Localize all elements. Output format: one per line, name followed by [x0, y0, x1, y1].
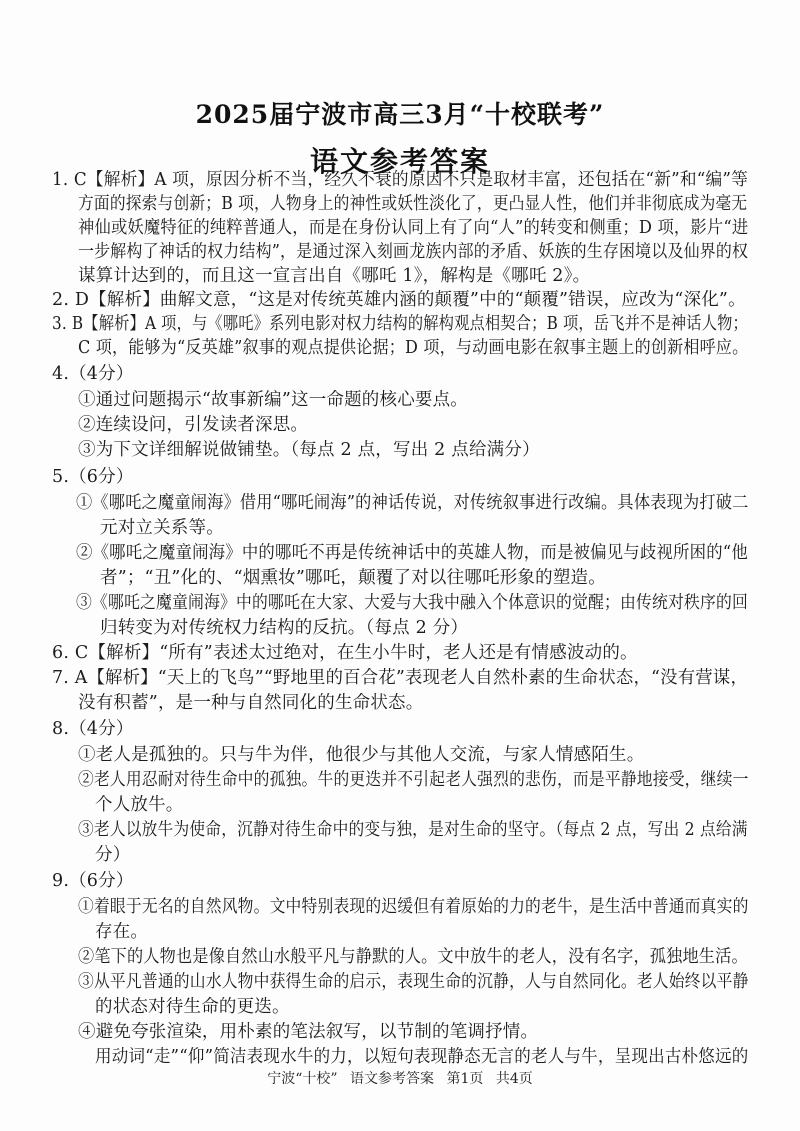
- text-line: 归转变为对传统权力结构的反抗。（每点 2 分）: [100, 617, 468, 639]
- text-line: ②连续设问，引发读者深思。: [78, 414, 308, 436]
- text-line: 存在。: [95, 921, 148, 943]
- text-line: 的状态对待生命的更迭。: [95, 996, 290, 1018]
- text-line: 2. D【解析】曲解文意，“这是对传统英雄内涵的颠覆”中的“颠覆”错误，应改为“…: [52, 289, 746, 311]
- text-line: 5.（6分）: [52, 466, 134, 488]
- text-line: 分）: [95, 844, 130, 866]
- text-line: ③老人以放牛为使命，沉静对待生命中的变与独，是对生命的坚守。（每点 2 点，写出…: [78, 819, 748, 841]
- text-line: 4.（4分）: [52, 363, 134, 385]
- text-line: 1. C【解析】A 项，原因分析不当，经久不衰的原因不只是取材丰富，还包括在“新…: [52, 169, 748, 191]
- text-line: 用动词“走”“仰”简洁表现水牛的力，以短句表现静态无言的老人与牛，呈现出古朴悠远…: [95, 1046, 748, 1068]
- text-line: ①老人是孤独的。只与牛为伴，他很少与其他人交流，与家人情感陌生。: [78, 744, 644, 766]
- text-line: 7. A【解析】“天上的飞鸟”“野地里的百合花”表现老人自然朴素的生命状态，“没…: [52, 667, 748, 689]
- page-footer: 宁波“十校” 语文参考答案 第1页 共4页: [0, 1068, 800, 1088]
- text-line: 方面的探索与创新；B 项，人物身上的神性或妖性淡化了，更凸显人性，他们并非彻底成…: [78, 193, 747, 215]
- text-line: 3. B【解析】A 项，与《哪吒》系列电影对权力结构的解构观点相契合；B 项，岳…: [52, 313, 748, 335]
- document-title: 2025届宁波市高三3月“十校联考”: [0, 95, 800, 131]
- text-line: ③为下文详细解说做铺垫。（每点 2 点，写出 2 点给满分）: [78, 439, 540, 461]
- text-line: ①通过问题揭示“故事新编”这一命题的核心要点。: [78, 389, 468, 411]
- text-line: 谋算计达到的，而且这一宣言出自《哪吒 1》，解构是《哪吒 2》。: [78, 265, 590, 287]
- text-line: ①着眼于无名的自然风物。文中特别表现的迟缓但有着原始的力的老牛，是生活中普通而真…: [78, 896, 749, 918]
- text-line: ②《哪吒之魔童闹海》中的哪吒不再是传统神话中的英雄人物，而是被偏见与歧视所困的“…: [76, 542, 748, 564]
- text-line: ④避免夸张渲染，用朴素的笔法叙写，以节制的笔调抒情。: [78, 1021, 538, 1043]
- text-line: ②老人用忍耐对待生命中的孤独。牛的更迭并不引起老人强烈的悲伤，而是平静地接受，继…: [78, 769, 749, 791]
- text-line: 6. C【解析】“所有”表述太过绝对，在生小牛时，老人还是有情感波动的。: [52, 642, 638, 664]
- text-line: 元对立关系等。: [100, 517, 224, 539]
- text-line: 神仙或妖魔特征的纯粹普通人，而是在身份认同上有了向“人”的转变和侧重；D 项，影…: [78, 217, 748, 239]
- text-line: 一步解构了神话的权力结构”，是通过深入刻画龙族内部的矛盾、妖族的生存困境以及仙界…: [78, 241, 748, 263]
- text-line: 者”；“丑”化的、“烟熏妆”哪吒，颠覆了对以往哪吒形象的塑造。: [100, 567, 606, 589]
- text-line: C 项，能够为“反英雄”叙事的观点提供论据；D 项，与动画电影在叙事主题上的创新…: [78, 337, 748, 359]
- text-line: ③《哪吒之魔童闹海》中的哪吒在大家、大爱与大我中融入个体意识的觉醒；由传统对秩序…: [76, 592, 748, 614]
- document-page: 2025届宁波市高三3月“十校联考” 语文参考答案 1. C【解析】A 项，原因…: [0, 0, 800, 1131]
- text-line: 个人放牛。: [95, 794, 184, 816]
- text-line: 没有积蓄”，是一种与自然同化的生命状态。: [78, 692, 423, 714]
- text-line: ①《哪吒之魔童闹海》借用“哪吒闹海”的神话传说，对传统叙事进行改编。具体表现为打…: [76, 492, 749, 514]
- text-line: ②笔下的人物也是像自然山水般平凡与静默的人。文中放牛的老人，没有名字，孤独地生活…: [78, 946, 748, 968]
- text-line: 9.（6分）: [52, 870, 134, 892]
- text-line: ③从平凡普通的山水人物中获得生命的启示，表现生命的沉静，人与自然同化。老人始终以…: [78, 971, 749, 993]
- text-line: 8.（4分）: [52, 718, 134, 740]
